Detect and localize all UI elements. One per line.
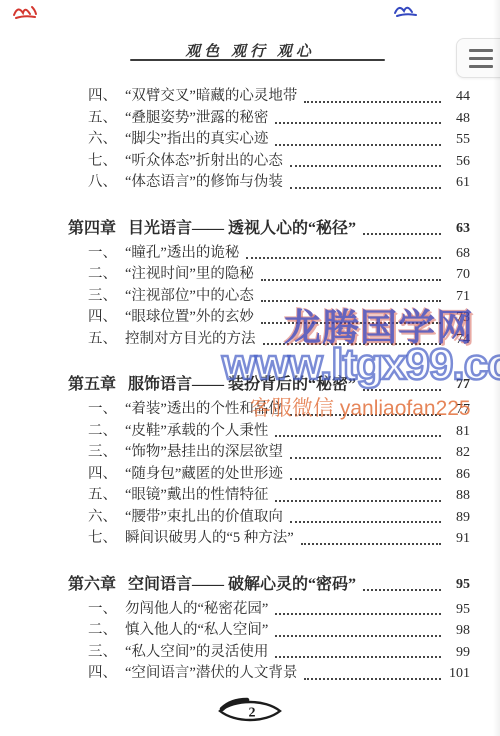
toc-item-row: 一、“瞳孔”透出的诡秘68: [68, 243, 470, 265]
toc-item-row: 二、慎入他人的“私人空间”98: [68, 620, 470, 642]
toc-page-number: 56: [446, 151, 470, 173]
toc-item-number: 三、: [88, 642, 125, 664]
dot-leader: [301, 543, 441, 545]
toc-item-title: “体态语言”的修饰与伪装: [125, 172, 283, 194]
toc-chapter-row: 第四章目光语言—— 透视人心的“秘径”63: [68, 218, 470, 240]
dot-leader: [246, 257, 441, 259]
toc-section: 四、“双臂交叉”暗藏的心灵地带44五、“叠腿姿势”泄露的秘密48六、“脚尖”指出…: [68, 86, 470, 194]
dot-leader: [275, 435, 441, 437]
toc-item-title: 慎入他人的“私人空间”: [125, 620, 268, 642]
toc-item-title: “脚尖”指出的真实心迹: [125, 129, 268, 151]
toc-item-number: 一、: [88, 599, 125, 621]
toc-item-row: 四、“眼球位置”外的玄妙73: [68, 307, 470, 329]
toc-item-row: 三、“饰物”悬挂出的深层欲望82: [68, 442, 470, 464]
toc-page-number: 88: [446, 485, 470, 507]
dot-leader: [275, 144, 441, 146]
dot-leader: [290, 478, 441, 480]
toc-page-number: 70: [446, 264, 470, 286]
toc-item-row: 六、“脚尖”指出的真实心迹55: [68, 129, 470, 151]
toc-item-title: “腰带”束扎出的价值取向: [125, 507, 283, 529]
toc-item-title: “饰物”悬挂出的深层欲望: [125, 442, 283, 464]
toc-item-number: 四、: [88, 663, 125, 685]
toc-chapter-row: 第六章空间语言—— 破解心灵的“密码”95: [68, 574, 470, 596]
toc-chapter-title: 空间语言—— 破解心灵的“密码”: [128, 574, 356, 596]
toc-item-row: 一、“着装”透出的个性和品位77: [68, 399, 470, 421]
toc-section: 第四章目光语言—— 透视人心的“秘径”63一、“瞳孔”透出的诡秘68二、“注视时…: [68, 218, 470, 351]
footer-page-number: 2: [249, 706, 256, 721]
dot-leader: [261, 322, 441, 324]
toc-page-number: 95: [446, 599, 470, 621]
toc-item-row: 四、“双臂交叉”暗藏的心灵地带44: [68, 86, 470, 108]
toc-item-row: 二、“皮鞋”承载的个人秉性81: [68, 421, 470, 443]
blue-seal-icon: [393, 2, 419, 23]
toc-item-row: 二、“注视时间”里的隐秘70: [68, 264, 470, 286]
dot-leader: [290, 521, 441, 523]
dot-leader: [290, 457, 441, 459]
dot-leader: [290, 165, 441, 167]
dot-leader: [261, 300, 441, 302]
toc-page-number: 74: [446, 329, 470, 351]
toc-section: 第五章服饰语言—— 装扮背后的“秘密”77一、“着装”透出的个性和品位77二、“…: [68, 374, 470, 550]
toc-section: 第六章空间语言—— 破解心灵的“密码”95一、勿闯他人的“秘密花园”95二、慎入…: [68, 574, 470, 685]
toc-page-number: 44: [446, 86, 470, 108]
toc-page-number: 61: [446, 172, 470, 194]
toc-item-row: 四、“空间语言”潜伏的人文背景101: [68, 663, 470, 685]
toc-page-number: 101: [446, 663, 470, 685]
dot-leader: [263, 343, 442, 345]
toc-item-row: 三、“注视部位”中的心态71: [68, 286, 470, 308]
toc-item-title: 瞬间识破男人的“5 种方法”: [125, 528, 294, 550]
toc-page-number: 71: [446, 286, 470, 308]
toc-page-number: 89: [446, 507, 470, 529]
hamburger-icon: [469, 49, 493, 52]
toc-item-number: 二、: [88, 421, 125, 443]
toc-item-title: 勿闯他人的“秘密花园”: [125, 599, 268, 621]
dot-leader: [290, 187, 441, 189]
toc-item-row: 一、勿闯他人的“秘密花园”95: [68, 599, 470, 621]
toc-item-row: 五、“叠腿姿势”泄露的秘密48: [68, 108, 470, 130]
toc-item-row: 七、“听众体态”折射出的心态56: [68, 151, 470, 173]
toc-item-title: “注视时间”里的隐秘: [125, 264, 254, 286]
dot-leader: [363, 589, 441, 591]
toc-item-number: 一、: [88, 243, 125, 265]
toc-page-number: 68: [446, 243, 470, 265]
toc-item-row: 五、控制对方目光的方法74: [68, 329, 470, 351]
toc-item-title: “着装”透出的个性和品位: [125, 399, 283, 421]
menu-button[interactable]: [456, 38, 500, 78]
toc-item-row: 七、瞬间识破男人的“5 种方法”91: [68, 528, 470, 550]
toc-page-number: 77: [446, 374, 470, 396]
toc: 四、“双臂交叉”暗藏的心灵地带44五、“叠腿姿势”泄露的秘密48六、“脚尖”指出…: [68, 86, 470, 685]
toc-page-number: 55: [446, 129, 470, 151]
dot-leader: [275, 656, 441, 658]
toc-item-title: “叠腿姿势”泄露的秘密: [125, 108, 268, 130]
dot-leader: [275, 122, 441, 124]
toc-item-title: “随身包”藏匿的处世形迹: [125, 464, 283, 486]
dot-leader: [261, 279, 441, 281]
toc-item-title: “皮鞋”承载的个人秉性: [125, 421, 268, 443]
toc-item-number: 一、: [88, 399, 125, 421]
toc-item-number: 七、: [88, 151, 125, 173]
dot-leader: [363, 389, 441, 391]
toc-item-title: “眼镜”戴出的性情特征: [125, 485, 268, 507]
dot-leader: [304, 101, 441, 103]
red-seal-icon: [12, 3, 38, 25]
toc-item-number: 二、: [88, 620, 125, 642]
toc-chapter-label: 第四章: [68, 218, 116, 240]
toc-item-number: 三、: [88, 286, 125, 308]
toc-item-title: “听众体态”折射出的心态: [125, 151, 283, 173]
toc-chapter-row: 第五章服饰语言—— 装扮背后的“秘密”77: [68, 374, 470, 396]
eye-ornament: 2: [217, 697, 283, 730]
toc-item-title: 控制对方目光的方法: [125, 329, 256, 351]
toc-item-number: 四、: [88, 464, 125, 486]
toc-item-number: 六、: [88, 129, 125, 151]
toc-chapter-title: 服饰语言—— 装扮背后的“秘密”: [128, 374, 356, 396]
toc-item-number: 六、: [88, 507, 125, 529]
toc-page-number: 48: [446, 108, 470, 130]
toc-item-row: 六、“腰带”束扎出的价值取向89: [68, 507, 470, 529]
dot-leader: [275, 635, 441, 637]
toc-item-number: 四、: [88, 307, 125, 329]
toc-page-number: 82: [446, 442, 470, 464]
toc-chapter-label: 第六章: [68, 574, 116, 596]
toc-page-number: 73: [446, 307, 470, 329]
toc-page-number: 98: [446, 620, 470, 642]
toc-page-number: 91: [446, 528, 470, 550]
toc-item-row: 八、“体态语言”的修饰与伪装61: [68, 172, 470, 194]
toc-item-number: 二、: [88, 264, 125, 286]
toc-item-number: 五、: [88, 485, 125, 507]
toc-item-number: 三、: [88, 442, 125, 464]
toc-page-number: 77: [446, 399, 470, 421]
toc-chapter-label: 第五章: [68, 374, 116, 396]
dot-leader: [275, 500, 441, 502]
toc-item-number: 五、: [88, 108, 125, 130]
toc-page-number: 99: [446, 642, 470, 664]
toc-page-number: 81: [446, 421, 470, 443]
toc-item-row: 五、“眼镜”戴出的性情特征88: [68, 485, 470, 507]
toc-item-row: 四、“随身包”藏匿的处世形迹86: [68, 464, 470, 486]
toc-item-number: 四、: [88, 86, 125, 108]
toc-item-row: 三、“私人空间”的灵活使用99: [68, 642, 470, 664]
dot-leader: [363, 233, 441, 235]
dot-leader: [304, 678, 441, 680]
toc-page-number: 86: [446, 464, 470, 486]
header-rule: [130, 59, 385, 61]
book-page: 观色 观行 观心 四、“双臂交叉”暗藏的心灵地带44五、“叠腿姿势”泄露的秘密4…: [0, 0, 500, 736]
toc-item-number: 七、: [88, 528, 125, 550]
toc-item-title: “注视部位”中的心态: [125, 286, 254, 308]
toc-page-number: 95: [446, 574, 470, 596]
toc-page-number: 63: [446, 218, 470, 240]
dot-leader: [275, 613, 441, 615]
toc-item-title: “瞳孔”透出的诡秘: [125, 243, 239, 265]
toc-item-title: “私人空间”的灵活使用: [125, 642, 268, 664]
toc-chapter-title: 目光语言—— 透视人心的“秘径”: [128, 218, 356, 240]
toc-item-number: 八、: [88, 172, 125, 194]
toc-item-title: “双臂交叉”暗藏的心灵地带: [125, 86, 297, 108]
toc-item-number: 五、: [88, 329, 125, 351]
toc-item-title: “眼球位置”外的玄妙: [125, 307, 254, 329]
dot-leader: [290, 414, 441, 416]
toc-item-title: “空间语言”潜伏的人文背景: [125, 663, 297, 685]
page-header-title: 观色 观行 观心: [0, 40, 500, 61]
